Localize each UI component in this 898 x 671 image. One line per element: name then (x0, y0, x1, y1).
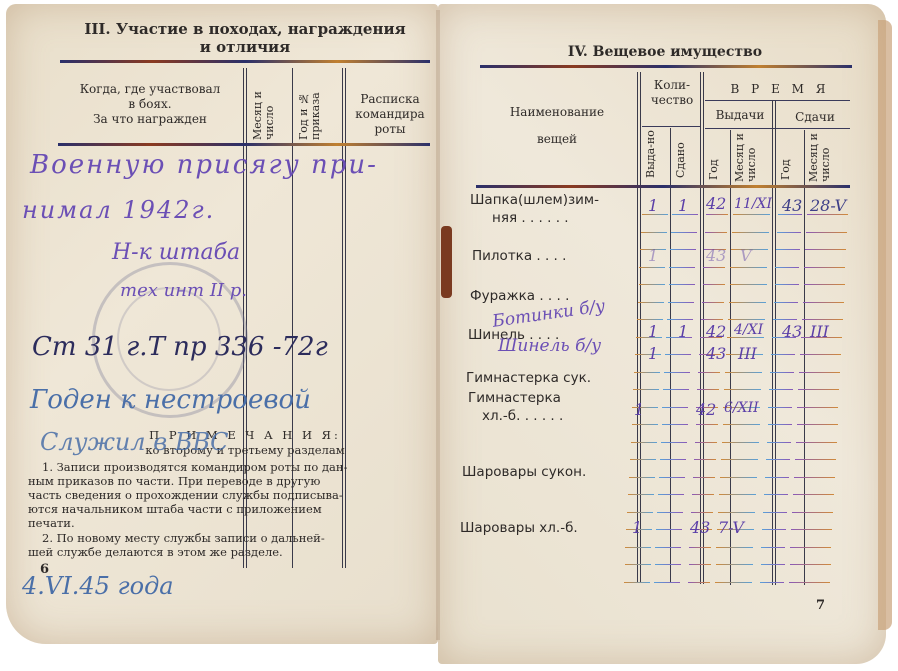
tunic-wool-issue-year: 43 (706, 344, 726, 363)
trousers-cotton-issue-year: 43 (690, 518, 710, 537)
page-number-right: 7 (816, 598, 825, 613)
entry-line (775, 267, 799, 268)
col-header-year-order: Год и № приказа (298, 78, 328, 140)
winter-hat-return-date: 28-V (810, 196, 846, 215)
entry-line (692, 494, 714, 495)
pilotka-issue-year: 43 (706, 246, 726, 265)
column-divider (640, 72, 641, 582)
entry-line (694, 459, 716, 460)
entry-line (627, 512, 653, 513)
entry-line (795, 459, 836, 460)
entry-line (664, 372, 690, 373)
handwritten-chief-of-staff: Н-к штаба (112, 240, 240, 265)
entry-line (630, 459, 656, 460)
entry-line (625, 564, 651, 565)
entry-line (637, 319, 663, 320)
col-header-month-day: Месяц и число (252, 78, 280, 140)
item-tunic-cotton-line2: хл.-б. . . . . . (482, 408, 563, 424)
page-edge (878, 20, 892, 630)
entry-line (689, 564, 711, 565)
entry-line (768, 407, 792, 408)
header-rule (60, 60, 430, 63)
entry-line (633, 389, 659, 390)
shinel-return-year: 43 (782, 322, 802, 341)
entry-line (796, 442, 837, 443)
entry-line (631, 442, 657, 443)
item-pilotka: Пилотка . . . . (472, 248, 566, 264)
entry-line (697, 389, 719, 390)
entry-line (716, 564, 753, 565)
entry-line (671, 232, 697, 233)
entry-line (693, 477, 715, 478)
entry-line (661, 442, 687, 443)
entry-line (774, 302, 798, 303)
entry-line (800, 354, 841, 355)
entry-line (775, 284, 799, 285)
entry-line (641, 232, 667, 233)
header-bottom-rule (58, 143, 430, 146)
entry-line (632, 424, 658, 425)
entry-line (730, 284, 767, 285)
item-winter-hat: Шапка(шлем)зим- (470, 192, 599, 208)
spine (436, 10, 440, 640)
handwritten-oath-line2: нимал 1942г. (22, 196, 215, 224)
entry-line (663, 389, 689, 390)
page-number-left: 6 (40, 562, 49, 577)
handwritten-fit-noncombat: Годен к нестроевой (30, 385, 311, 415)
entry-line (761, 547, 785, 548)
entry-line (728, 319, 765, 320)
entry-line (733, 214, 770, 215)
item-trousers-cotton: Шаровары хл.-б. (460, 520, 578, 536)
entry-line (806, 232, 847, 233)
item-tunic-wool: Гимнастерка сук. (466, 370, 591, 386)
tunic-wool-issue-date: III (738, 344, 757, 363)
trousers-cotton-issue-date: 7-V (718, 518, 744, 537)
col-header-issued: Выда-но (645, 128, 667, 178)
entry-line (657, 512, 683, 513)
tunic-cotton-issue-date: 6/XII (724, 400, 759, 416)
entry-line (763, 512, 787, 513)
entry-line (768, 424, 792, 425)
entry-line (625, 547, 651, 548)
entry-line (654, 582, 680, 583)
entry-line (703, 267, 725, 268)
entry-line (670, 249, 696, 250)
section-3-title-line2: и отличия (60, 38, 430, 56)
column-divider (670, 128, 671, 583)
entry-line (764, 494, 788, 495)
header-line: Коли- (642, 78, 702, 93)
header-bottom-rule (476, 185, 850, 188)
column-divider (804, 130, 805, 585)
entry-line (667, 319, 693, 320)
header-line: Когда, где участвовал (60, 82, 240, 97)
tunic-cotton-issue-year: 42 (696, 400, 716, 419)
divider (705, 128, 850, 129)
header-line: Расписка (350, 92, 430, 107)
entry-line (730, 267, 767, 268)
handwritten-shinel-used: Шинель б/у (498, 336, 601, 356)
entry-line (688, 582, 710, 583)
divider (642, 126, 700, 127)
column-divider (637, 72, 638, 582)
entry-line (655, 564, 681, 565)
entry-line (761, 564, 785, 565)
entry-line (798, 389, 839, 390)
header-line: роты (350, 122, 430, 137)
entry-line (790, 547, 831, 548)
entry-line (792, 512, 833, 513)
column-divider (700, 72, 701, 584)
col-header-when-where: Когда, где участвовал в боях. За что наг… (60, 82, 240, 127)
entry-line (665, 354, 691, 355)
winter-hat-issue-year: 42 (706, 194, 726, 213)
entry-line (638, 302, 664, 303)
col-header-item-name: Наименование вещей (482, 105, 632, 147)
entry-line (723, 424, 760, 425)
entry-line (777, 232, 801, 233)
shinel-return-date: III (810, 322, 829, 341)
shinel-issue-year: 42 (706, 322, 726, 341)
entry-line (659, 477, 685, 478)
handwritten-article: Ст 31 г.Т пр 336 -72г (32, 332, 328, 362)
entry-line (705, 232, 727, 233)
note-1-line2: ным приказов по части. При переводе в др… (28, 474, 320, 488)
entry-line (797, 424, 838, 425)
note-2-line1: 2. По новому месту службы записи о дальн… (42, 531, 325, 545)
entry-line (765, 477, 789, 478)
entry-line (695, 442, 717, 443)
entry-line (702, 302, 724, 303)
entry-line (773, 319, 797, 320)
tunic-cotton-issued: 1 (634, 400, 644, 419)
note-1-line3: часть сведения о прохождении службы подп… (28, 488, 343, 502)
item-tunic-cotton: Гимнастерка (468, 390, 561, 406)
entry-line (793, 494, 834, 495)
entry-line (662, 407, 688, 408)
entry-line (628, 494, 654, 495)
col-header-signature: Расписка командира роты (350, 92, 430, 137)
header-line: чество (642, 93, 702, 108)
entry-line (724, 389, 761, 390)
col-header-returned: Сдано (675, 128, 695, 178)
entry-line (804, 267, 845, 268)
col-header-issue-month-day: Месяц и число (734, 132, 760, 182)
entry-line (718, 512, 755, 513)
column-divider (703, 72, 704, 584)
header-line: Наименование (482, 105, 632, 120)
divider (705, 100, 850, 101)
col-header-time: В Р Е М Я (705, 82, 855, 97)
trousers-cotton-issued: 1 (632, 518, 642, 537)
entry-line (794, 477, 835, 478)
entry-line (802, 319, 843, 320)
entry-line (791, 529, 832, 530)
entry-line (767, 442, 791, 443)
winter-hat-issue-date: 11/XI (734, 196, 772, 212)
handwritten-oath-line1: Военную присягу при- (30, 150, 378, 180)
entry-line (689, 547, 711, 548)
handwritten-served: Служил в ВВС (40, 428, 228, 456)
col-header-issue-year: Год (708, 150, 728, 180)
open-military-booklet: III. Участие в походах, награждения и от… (0, 0, 898, 671)
winter-hat-returned: 1 (678, 196, 688, 215)
entry-line (720, 477, 757, 478)
winter-hat-return-year: 43 (782, 196, 802, 215)
column-divider (730, 130, 731, 585)
item-furazhka: Фуражка . . . . (470, 288, 569, 304)
entry-line (732, 232, 769, 233)
entry-line (769, 389, 793, 390)
entry-line (668, 302, 694, 303)
pilotka-issue-date: V (740, 246, 752, 265)
winter-hat-issued: 1 (648, 196, 658, 215)
header-line: За что награжден (60, 112, 240, 127)
entry-line (725, 372, 762, 373)
entry-line (762, 529, 786, 530)
entry-line (789, 582, 830, 583)
entry-line (729, 302, 766, 303)
entry-line (770, 372, 794, 373)
shinel-returned: 1 (678, 322, 688, 341)
note-1-line4: ются начальником штаба части с приложени… (28, 502, 322, 516)
shinel-issued: 1 (648, 322, 658, 341)
entry-line (790, 564, 831, 565)
entry-line (701, 319, 723, 320)
entry-line (691, 512, 713, 513)
entry-line (669, 284, 695, 285)
header-line: командира (350, 107, 430, 122)
handwritten-rank: тех инт II р. (120, 280, 247, 301)
entry-line (804, 284, 845, 285)
staple-icon (441, 226, 452, 298)
entry-line (703, 284, 725, 285)
header-line: вещей (482, 132, 632, 147)
item-trousers-wool: Шаровары сукон. (462, 464, 586, 480)
section-3-title: III. Участие в походах, награждения (60, 20, 430, 38)
entry-line (722, 442, 759, 443)
entry-line (639, 284, 665, 285)
entry-line (639, 267, 665, 268)
col-header-return-year: Год (780, 150, 800, 180)
entry-line (799, 372, 840, 373)
col-header-quantity: Коли- чество (642, 78, 702, 108)
note-1-line1: 1. Записи производятся командиром роты п… (42, 460, 347, 474)
entry-line (715, 582, 752, 583)
entry-line (719, 494, 756, 495)
entry-line (634, 372, 660, 373)
entry-line (771, 354, 795, 355)
entry-line (797, 407, 838, 408)
shinel-issue-date: 4/XI (734, 322, 763, 338)
entry-line (803, 302, 844, 303)
entry-line (805, 249, 846, 250)
entry-line (655, 547, 681, 548)
note-1-line5: печати. (28, 516, 75, 530)
header-rule (480, 65, 852, 68)
entry-line (696, 424, 718, 425)
entry-line (660, 459, 686, 460)
entry-line (716, 547, 753, 548)
entry-line (656, 529, 682, 530)
section-4-title: IV. Вещевое имущество (480, 44, 850, 60)
note-2-line2: шей службе делаются в этом же разделе. (28, 545, 283, 559)
col-header-issue: Выдачи (705, 108, 775, 123)
header-line: в боях. (60, 97, 240, 112)
entry-line (658, 494, 684, 495)
col-header-return-month-day: Месяц и число (808, 132, 834, 182)
entry-line (766, 459, 790, 460)
entry-line (624, 582, 650, 583)
pilotka-issued: 1 (648, 246, 658, 265)
item-winter-hat-line2: няя . . . . . . (492, 210, 569, 226)
entry-line (662, 424, 688, 425)
entry-line (698, 372, 720, 373)
col-header-return: Сдачи (780, 110, 850, 125)
entry-line (760, 582, 784, 583)
entry-line (706, 214, 728, 215)
tunic-wool-issued: 1 (648, 344, 658, 363)
entry-line (776, 249, 800, 250)
entry-line (629, 477, 655, 478)
entry-line (669, 267, 695, 268)
entry-line (721, 459, 758, 460)
